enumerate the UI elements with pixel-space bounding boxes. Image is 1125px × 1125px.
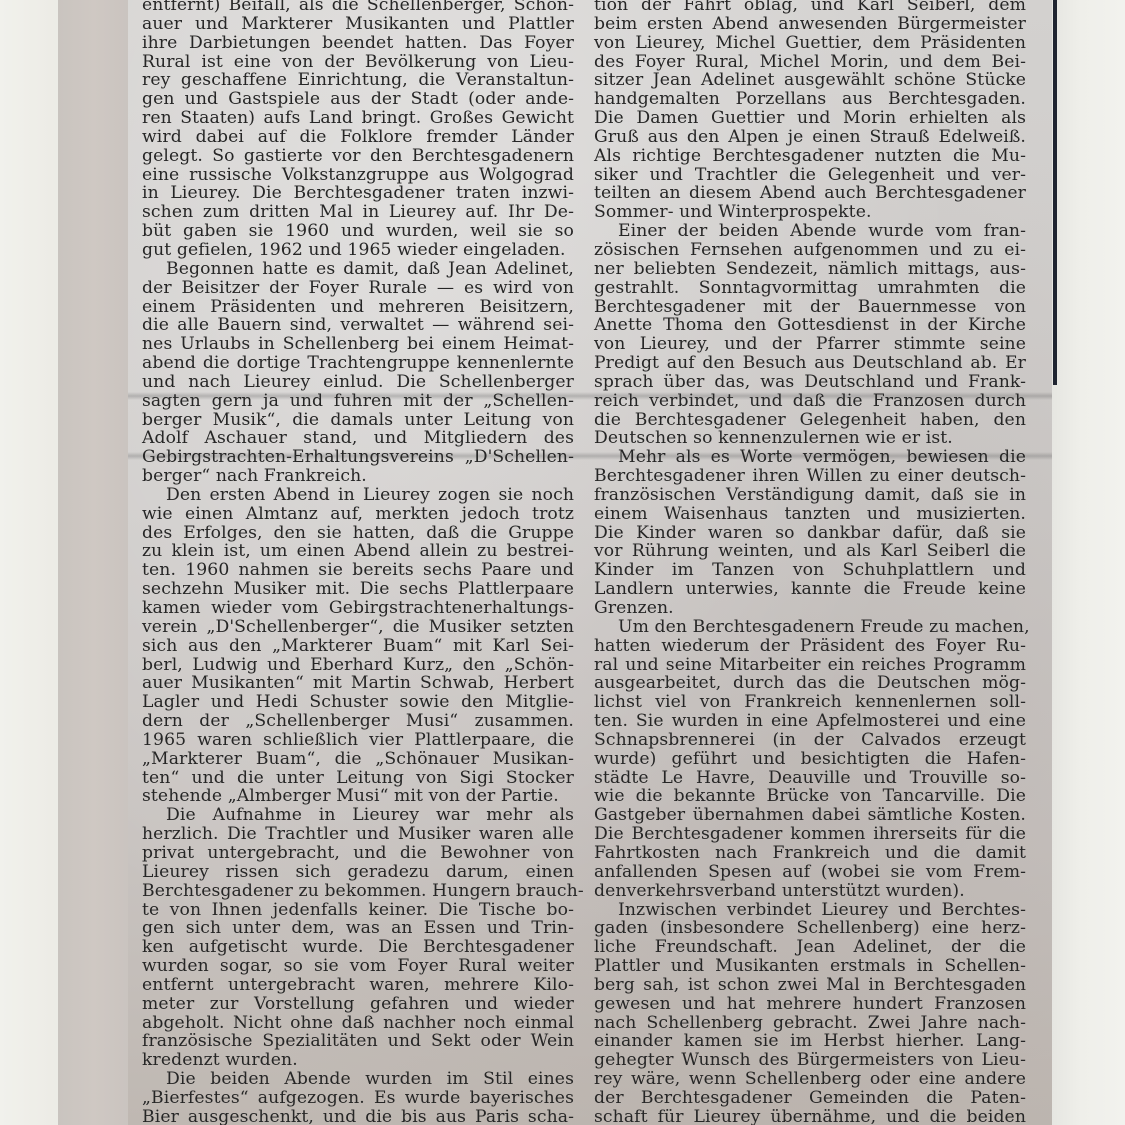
text-line: Rural ist eine von der Bevölkerung von L… <box>142 53 574 72</box>
text-line: zösischen Fernsehen aufgenommen und zu e… <box>594 241 1026 260</box>
text-line: Einer der beiden Abende wurde vom fran- <box>594 222 1026 241</box>
text-line: wurde) geführt und besichtigten die Hafe… <box>594 750 1026 769</box>
text-line: handgemalten Porzellans aus Berchtesgade… <box>594 90 1026 109</box>
column-rule <box>1053 0 1057 385</box>
text-line: rey wäre, wenn Schellenberg oder eine an… <box>594 1070 1026 1089</box>
text-line: gehegter Wunsch des Bürgermeisters von L… <box>594 1051 1026 1070</box>
text-line: berger Musik“, die damals unter Leitung … <box>142 411 574 430</box>
text-line: büt gaben sie 1960 und wurden, weil sie … <box>142 222 574 241</box>
text-line: schen zum dritten Mal in Lieurey auf. Ih… <box>142 203 574 222</box>
text-line: sich aus den „Markterer Buam“ mit Karl S… <box>142 637 574 656</box>
text-line: hatten wiederum der Präsident des Foyer … <box>594 637 1026 656</box>
text-line: Anette Thoma den Gottesdienst in der Kir… <box>594 316 1026 335</box>
text-line: von Lieurey, und der Pfarrer stimmte sei… <box>594 335 1026 354</box>
text-line: rey geschaffene Einrichtung, die Veranst… <box>142 71 574 90</box>
text-line: abend die dortige Trachtengruppe kennenl… <box>142 354 574 373</box>
text-line: liche Freundschaft. Jean Adelinet, der d… <box>594 938 1026 957</box>
text-line: Schnapsbrennerei (in der Calvados erzeug… <box>594 731 1026 750</box>
text-line: schaft für Lieurey übernähme, und die be… <box>594 1108 1026 1125</box>
text-line: ten. 1960 nahmen sie bereits sechs Paare… <box>142 561 574 580</box>
text-line: Deutschen so kennenzulernen wie er ist. <box>594 429 1026 448</box>
article-column-left: entfernt) Beifall, als die Schellenberge… <box>142 0 574 1125</box>
text-line: berl, Ludwig und Eberhard Kurz„ den „Sch… <box>142 656 574 675</box>
text-line: Gebirgstrachten-Erhaltungsvereins „D'Sch… <box>142 448 574 467</box>
text-line: und nach Lieurey einlud. Die Schellenber… <box>142 373 574 392</box>
text-line: teilten an diesem Abend auch Berchtesgad… <box>594 184 1026 203</box>
text-line: entfernt untergebracht waren, mehrere Ki… <box>142 976 574 995</box>
text-line: dern der „Schellenberger Musi“ zusammen. <box>142 712 574 731</box>
text-line: der Berchtesgadener Gemeinden die Paten- <box>594 1089 1026 1108</box>
text-line: sechzehn Musiker mit. Die sechs Plattler… <box>142 580 574 599</box>
text-line: wird dabei auf die Folklore fremder Länd… <box>142 128 574 147</box>
text-line: Den ersten Abend in Lieurey zogen sie no… <box>142 486 574 505</box>
text-line: „Markterer Buam“, die „Schönauer Musikan… <box>142 750 574 769</box>
text-line: meter zur Vorstellung gefahren und wiede… <box>142 995 574 1014</box>
text-line: wie die bekannte Brücke von Tancarville.… <box>594 787 1026 806</box>
text-line: in Lieurey. Die Berchtesgadener traten i… <box>142 184 574 203</box>
text-line: sitzer Jean Adelinet ausgewählt schöne S… <box>594 71 1026 90</box>
text-line: denverkehrsverband unterstützt wurden). <box>594 882 1026 901</box>
text-line: Die Kinder waren so dankbar dafür, daß s… <box>594 524 1026 543</box>
text-line: gestrahlt. Sonntagvormittag umrahmten di… <box>594 279 1026 298</box>
text-line: gen und Gastspiele aus der Stadt (oder a… <box>142 90 574 109</box>
text-line: Landlern unterwies, kannte die Freude ke… <box>594 580 1026 599</box>
text-line: des Foyer Rural, Michel Morin, und dem B… <box>594 53 1026 72</box>
text-line: verein „D'Schellenberger“, die Musiker s… <box>142 618 574 637</box>
text-line: Die Berchtesgadener kommen ihrerseits fü… <box>594 825 1026 844</box>
text-line: die alle Bauern sind, verwaltet — währen… <box>142 316 574 335</box>
text-line: wurden sogar, so sie vom Foyer Rural wei… <box>142 957 574 976</box>
text-line: gen sich unter dem, was an Essen und Tri… <box>142 919 574 938</box>
text-line: Lieurey rissen sich geradezu darum, eine… <box>142 863 574 882</box>
text-line: stehende „Almberger Musi“ mit von der Pa… <box>142 787 574 806</box>
text-line: ken aufgetischt wurde. Die Berchtesgaden… <box>142 938 574 957</box>
text-line: einem Waisenhaus tanzten und musizierten… <box>594 505 1026 524</box>
text-line: berger“ nach Frankreich. <box>142 467 574 486</box>
text-line: te von Ihnen jedenfalls keiner. Die Tisc… <box>142 901 574 920</box>
text-line: ausgearbeitet, durch das die Deutschen m… <box>594 674 1026 693</box>
text-line: Als richtige Berchtesgadener nutzten die… <box>594 147 1026 166</box>
text-line: kredenzt wurden. <box>142 1051 574 1070</box>
text-line: reich verbindet, und daß die Franzosen d… <box>594 392 1026 411</box>
text-line: von Lieurey, Michel Guettier, dem Präsid… <box>594 34 1026 53</box>
text-line: anfallenden Spesen auf (wobei sie vom Fr… <box>594 863 1026 882</box>
text-line: lichst viel von Frankreich kennenlernen … <box>594 693 1026 712</box>
text-line: gaden (insbesondere Schellenberg) eine h… <box>594 919 1026 938</box>
text-line: französischen Verständigung damit, daß s… <box>594 486 1026 505</box>
text-line: Mehr als es Worte vermögen, bewiesen die <box>594 448 1026 467</box>
text-line: Bier ausgeschenkt, und die bis aus Paris… <box>142 1108 574 1125</box>
text-line: Kinder im Tanzen von Schuhplattlern und <box>594 561 1026 580</box>
text-line: Berchtesgadener ihren Willen zu einer de… <box>594 467 1026 486</box>
text-line: Begonnen hatte es damit, daß Jean Adelin… <box>142 260 574 279</box>
text-line: Sommer- und Winterprospekte. <box>594 203 1026 222</box>
text-line: abgeholt. Nicht ohne daß nachher noch ei… <box>142 1014 574 1033</box>
text-line: gewesen und hat mehrere hundert Franzose… <box>594 995 1026 1014</box>
text-line: vor Rührung weinten, und als Karl Seiber… <box>594 542 1026 561</box>
text-line: Gastgeber übernahmen dabei sämtliche Kos… <box>594 806 1026 825</box>
text-line: privat untergebracht, und die Bewohner v… <box>142 844 574 863</box>
text-line: gelegt. So gastierte vor den Berchtesgad… <box>142 147 574 166</box>
text-line: Gruß aus den Alpen je einen Strauß Edelw… <box>594 128 1026 147</box>
text-line: nach Schellenberg gebracht. Zwei Jahre n… <box>594 1014 1026 1033</box>
text-line: nes Urlaubs in Schellenberg bei einem He… <box>142 335 574 354</box>
text-line: Die beiden Abende wurden im Stil eines <box>142 1070 574 1089</box>
text-line: Grenzen. <box>594 599 1026 618</box>
text-line: französische Spezialitäten und Sekt oder… <box>142 1032 574 1051</box>
text-line: ihre Darbietungen beendet hatten. Das Fo… <box>142 34 574 53</box>
text-line: Die Damen Guettier und Morin erhielten a… <box>594 109 1026 128</box>
background-left <box>0 0 62 1125</box>
text-line: herzlich. Die Trachtler und Musiker ware… <box>142 825 574 844</box>
text-line: ral und seine Mitarbeiter ein reiches Pr… <box>594 656 1026 675</box>
text-line: kamen wieder vom Gebirgstrachtenerhaltun… <box>142 599 574 618</box>
text-line: sprach über das, was Deutschland und Fra… <box>594 373 1026 392</box>
text-line: ten“ und die unter Leitung von Sigi Stoc… <box>142 769 574 788</box>
text-line: des Erfolges, den sie hatten, daß die Gr… <box>142 524 574 543</box>
text-line: wie einen Almtanz auf, merkten jedoch tr… <box>142 505 574 524</box>
text-line: Lagler und Hedi Schuster sowie den Mitgl… <box>142 693 574 712</box>
text-line: tion der Fahrt oblag, und Karl Seiberl, … <box>594 0 1026 15</box>
text-line: zu klein ist, um einen Abend allein zu b… <box>142 542 574 561</box>
text-line: gut gefielen, 1962 und 1965 wieder einge… <box>142 241 574 260</box>
text-line: Predigt auf den Besuch aus Deutschland a… <box>594 354 1026 373</box>
text-line: ren Staaten) aufs Land bringt. Großes Ge… <box>142 109 574 128</box>
background-right <box>1052 0 1125 1125</box>
text-line: die Berchtesgadener Gelegenheit haben, d… <box>594 411 1026 430</box>
text-line: einem Präsidenten und mehreren Beisitzer… <box>142 298 574 317</box>
text-line: entfernt) Beifall, als die Schellenberge… <box>142 0 574 15</box>
text-line: sagten gern ja und fuhren mit der „Schel… <box>142 392 574 411</box>
text-line: städte Le Havre, Deauville und Trouville… <box>594 769 1026 788</box>
text-line: Plattler und Musikanten erstmals in Sche… <box>594 957 1026 976</box>
text-line: 1965 waren schließlich vier Plattlerpaar… <box>142 731 574 750</box>
text-line: Die Aufnahme in Lieurey war mehr als <box>142 806 574 825</box>
text-line: beim ersten Abend anwesenden Bürgermeist… <box>594 15 1026 34</box>
article-column-right: tion der Fahrt oblag, und Karl Seiberl, … <box>594 0 1026 1125</box>
text-line: auer und Markterer Musikanten und Plattl… <box>142 15 574 34</box>
text-line: Inzwischen verbindet Lieurey und Berchte… <box>594 901 1026 920</box>
text-line: eine russische Volkstanzgruppe aus Wolgo… <box>142 166 574 185</box>
text-line: ten. Sie wurden in eine Apfelmosterei un… <box>594 712 1026 731</box>
text-line: auer Musikanten“ mit Martin Schwab, Herb… <box>142 674 574 693</box>
text-line: siker und Trachtler die Gelegenheit und … <box>594 166 1026 185</box>
text-line: ner beliebten Sendezeit, nämlich mittags… <box>594 260 1026 279</box>
text-line: „Bierfestes“ aufgezogen. Es wurde bayeri… <box>142 1089 574 1108</box>
text-line: Fahrtkosten nach Frankreich und die dami… <box>594 844 1026 863</box>
text-line: berg sah, ist schon zwei Mal in Berchtes… <box>594 976 1026 995</box>
text-line: der Beisitzer der Foyer Rurale — es wird… <box>142 279 574 298</box>
text-line: Berchtesgadener mit der Bauernmesse von <box>594 298 1026 317</box>
text-line: Um den Berchtesgadenern Freude zu machen… <box>594 618 1026 637</box>
text-line: Berchtesgadener zu bekommen. Hungern bra… <box>142 882 574 901</box>
text-line: einander kamen sie im Herbst hierher. La… <box>594 1032 1026 1051</box>
text-line: Adolf Aschauer stand, und Mitgliedern de… <box>142 429 574 448</box>
